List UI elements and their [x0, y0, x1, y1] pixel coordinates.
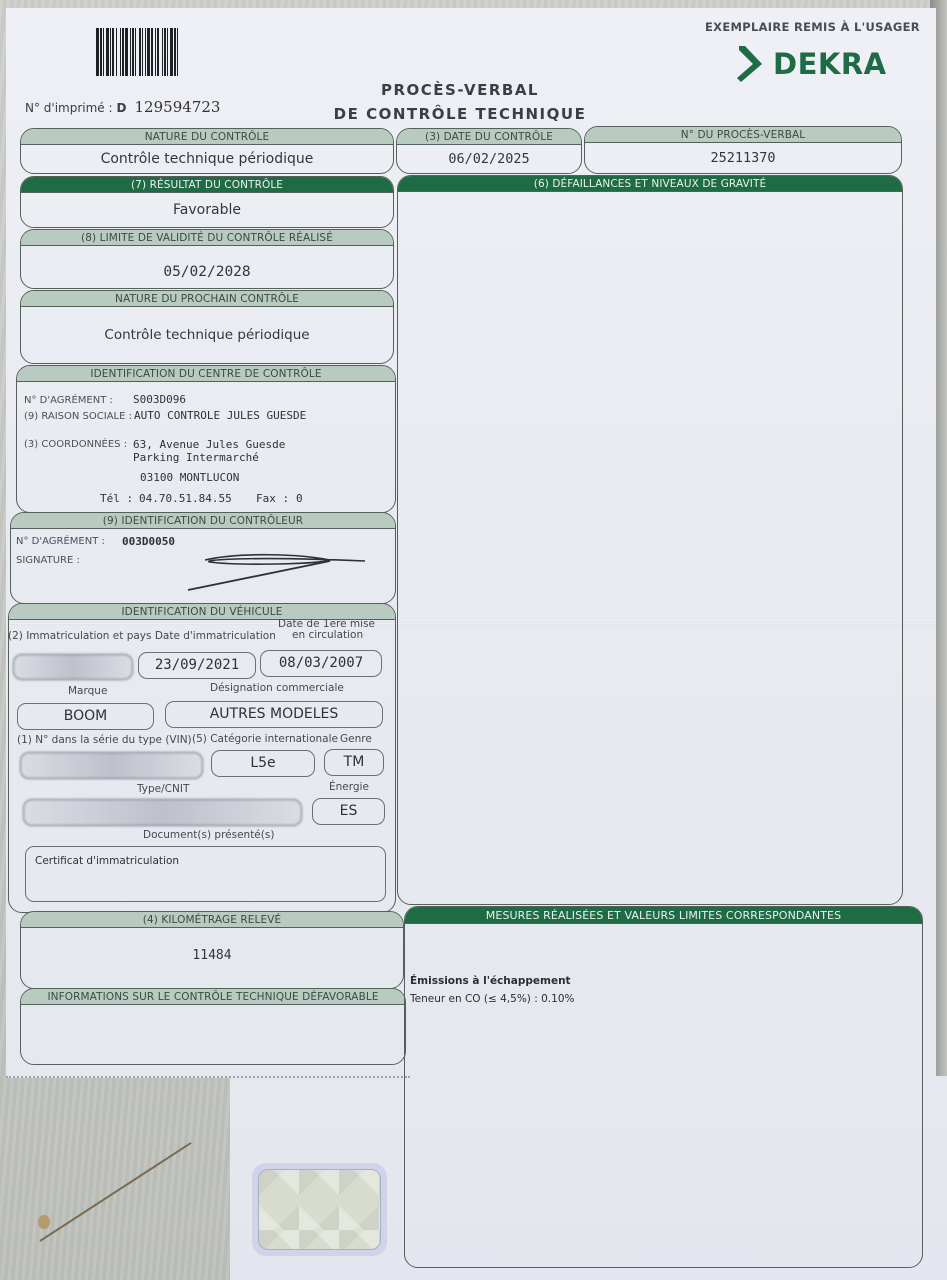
infos-defavorable-label: INFORMATIONS SUR LE CONTRÔLE TECHNIQUE D… — [21, 989, 405, 1005]
immatriculation-label: (2) Immatriculation et pays Date d'immat… — [8, 630, 276, 642]
documents-field: Certificat d'immatriculation — [25, 846, 386, 902]
controleur-label: (9) IDENTIFICATION DU CONTRÔLEUR — [11, 513, 395, 529]
raison-sociale-value: AUTO CONTROLE JULES GUESDE — [134, 409, 306, 422]
date-controle-box: (3) DATE DU CONTRÔLE 06/02/2025 — [396, 128, 582, 174]
centre-agrement-value: S003D096 — [133, 393, 186, 406]
energie-label: Énergie — [329, 781, 369, 793]
centre-agrement-label: N° D'AGRÉMENT : — [24, 395, 113, 406]
raison-sociale-label: (9) RAISON SOCIALE : — [24, 411, 132, 422]
security-hologram — [252, 1163, 387, 1256]
marque-field: BOOM — [17, 703, 154, 730]
signature-label: SIGNATURE : — [16, 555, 80, 566]
coordonnees-label: (3) COORDONNÉES : — [24, 439, 127, 450]
vin-label: (1) N° dans la série du type (VIN) — [17, 734, 192, 746]
centre-controle-label: IDENTIFICATION DU CENTRE DE CONTRÔLE — [17, 366, 395, 382]
stain-mark — [38, 1215, 50, 1229]
address-city: 03100 MONTLUCON — [140, 471, 239, 484]
tel-value: 04.70.51.84.55 — [139, 492, 232, 505]
defaillances-box: (6) DÉFAILLANCES ET NIVEAUX DE GRAVITÉ — [397, 175, 903, 905]
date-immatriculation-field: 23/09/2021 — [138, 652, 256, 679]
title-line-2: DE CONTRÔLE TECHNIQUE — [320, 102, 600, 126]
type-cnit-field — [23, 799, 302, 826]
printed-number-value: 129594723 — [135, 98, 221, 116]
limite-validite-value: 05/02/2028 — [21, 246, 393, 289]
designation-label: Désignation commerciale — [210, 682, 344, 694]
address-line-2: Parking Intermarché — [133, 451, 259, 464]
genre-field: TM — [324, 749, 384, 776]
document-title: PROCÈS-VERBAL DE CONTRÔLE TECHNIQUE — [320, 78, 600, 126]
numero-pv-label: N° DU PROCÈS-VERBAL — [585, 127, 901, 143]
prochain-controle-label: NATURE DU PROCHAIN CONTRÔLE — [21, 291, 393, 307]
documents-label: Document(s) présenté(s) — [143, 829, 274, 841]
energie-field: ES — [312, 798, 385, 825]
categorie-label: (5) Catégorie internationale — [192, 733, 338, 745]
address-line-1: 63, Avenue Jules Guesde — [133, 438, 285, 451]
numero-pv-value: 25211370 — [585, 143, 901, 173]
genre-label: Genre — [340, 733, 372, 745]
tel-label: Tél : — [100, 492, 133, 505]
numero-pv-box: N° DU PROCÈS-VERBAL 25211370 — [584, 126, 902, 174]
categorie-field: L5e — [211, 750, 315, 777]
mesures-box: MESURES RÉALISÉES ET VALEURS LIMITES COR… — [404, 906, 923, 1268]
emissions-title: Émissions à l'échappement — [410, 975, 571, 987]
fax-label: Fax : — [256, 492, 289, 505]
vin-field — [20, 752, 203, 779]
marque-label: Marque — [68, 685, 107, 697]
prochain-controle-value: Contrôle technique périodique — [21, 307, 393, 363]
defaillances-label: (6) DÉFAILLANCES ET NIVEAUX DE GRAVITÉ — [398, 176, 902, 192]
co-measurement: Teneur en CO (≤ 4,5%) : 0.10% — [410, 993, 574, 1005]
first-circulation-label-2: en circulation — [292, 629, 363, 641]
resultat-label: (7) RÉSULTAT DU CONTRÔLE — [21, 177, 393, 193]
controleur-agrement-value: 003D0050 — [122, 535, 175, 548]
infos-defavorable-box: INFORMATIONS SUR LE CONTRÔLE TECHNIQUE D… — [20, 988, 406, 1065]
fax-value: 0 — [296, 492, 303, 505]
resultat-box: (7) RÉSULTAT DU CONTRÔLE Favorable — [20, 176, 394, 228]
date-controle-value: 06/02/2025 — [397, 145, 581, 173]
printed-number: N° d'imprimé :D129594723 — [25, 98, 220, 116]
date-controle-label: (3) DATE DU CONTRÔLE — [397, 129, 581, 145]
dekra-logo: DEKRA — [735, 44, 887, 84]
limite-validite-box: (8) LIMITE DE VALIDITÉ DU CONTRÔLE RÉALI… — [20, 229, 394, 289]
title-line-1: PROCÈS-VERBAL — [320, 78, 600, 102]
nature-controle-value: Contrôle technique périodique — [21, 145, 393, 173]
kilometrage-value: 11484 — [21, 928, 403, 984]
printed-number-label: N° d'imprimé : — [25, 101, 113, 115]
kilometrage-label: (4) KILOMÉTRAGE RELEVÉ — [21, 912, 403, 928]
limite-validite-label: (8) LIMITE DE VALIDITÉ DU CONTRÔLE RÉALI… — [21, 230, 393, 246]
resultat-value: Favorable — [21, 193, 393, 227]
type-cnit-label: Type/CNIT — [137, 783, 189, 795]
dekra-arrow-icon — [735, 44, 765, 84]
nature-controle-box: NATURE DU CONTRÔLE Contrôle technique pé… — [20, 128, 394, 174]
brand-name: DEKRA — [773, 47, 887, 81]
copy-notice: EXEMPLAIRE REMIS À L'USAGER — [705, 20, 920, 34]
signature-scribble — [180, 548, 370, 596]
barcode — [96, 28, 304, 76]
controleur-agrement-label: N° D'AGRÉMENT : — [16, 536, 105, 547]
nature-controle-label: NATURE DU CONTRÔLE — [21, 129, 393, 145]
date-premiere-circulation-field: 08/03/2007 — [260, 650, 382, 677]
kilometrage-box: (4) KILOMÉTRAGE RELEVÉ 11484 — [20, 911, 404, 989]
immatriculation-field — [13, 654, 133, 680]
designation-field: AUTRES MODELES — [165, 701, 383, 728]
prochain-controle-box: NATURE DU PROCHAIN CONTRÔLE Contrôle tec… — [20, 290, 394, 364]
perforation-line — [6, 1076, 410, 1079]
printed-number-letter: D — [117, 101, 127, 115]
mesures-label: MESURES RÉALISÉES ET VALEURS LIMITES COR… — [405, 907, 922, 924]
